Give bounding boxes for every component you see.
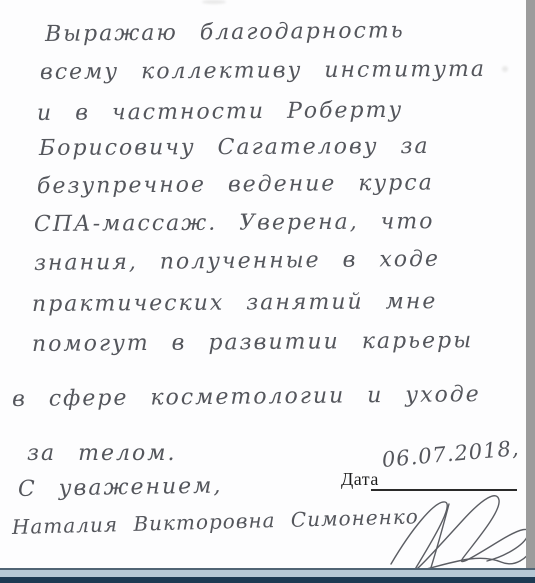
note-line: СПА-массаж. Уверена, что [34, 211, 435, 236]
handwritten-note-page: Выражаю благодарность всему коллективу и… [0, 0, 535, 583]
signature-name: Наталия Викторовна Симоненко [12, 506, 419, 537]
note-line: Борисовичу Сагателову за [39, 136, 430, 160]
note-line: всему коллективу института [40, 59, 486, 84]
scan-smudge [202, 0, 226, 4]
date-value: 06.07.2018, [381, 438, 520, 471]
window-frame-band [0, 570, 535, 577]
note-line: и в частности Роберту [37, 100, 403, 125]
note-line: практических занятий мне [32, 291, 438, 316]
signature-flourish-icon [383, 486, 535, 581]
date-underline [371, 476, 517, 491]
scan-smudge [502, 66, 508, 72]
note-line: Выражаю благодарность [45, 20, 405, 46]
note-line: помогут в развитии карьеры [32, 330, 473, 356]
note-line: безупречное ведение курса [37, 173, 434, 198]
scrollbar[interactable] [526, 0, 535, 572]
window-frame-bottom [0, 577, 535, 583]
note-line: за телом. [27, 443, 176, 465]
note-line: знания, полученные в ходе [34, 249, 440, 275]
note-line: в сфере косметологии и уходе [12, 384, 481, 411]
closing-line: С уважением, [18, 475, 223, 501]
